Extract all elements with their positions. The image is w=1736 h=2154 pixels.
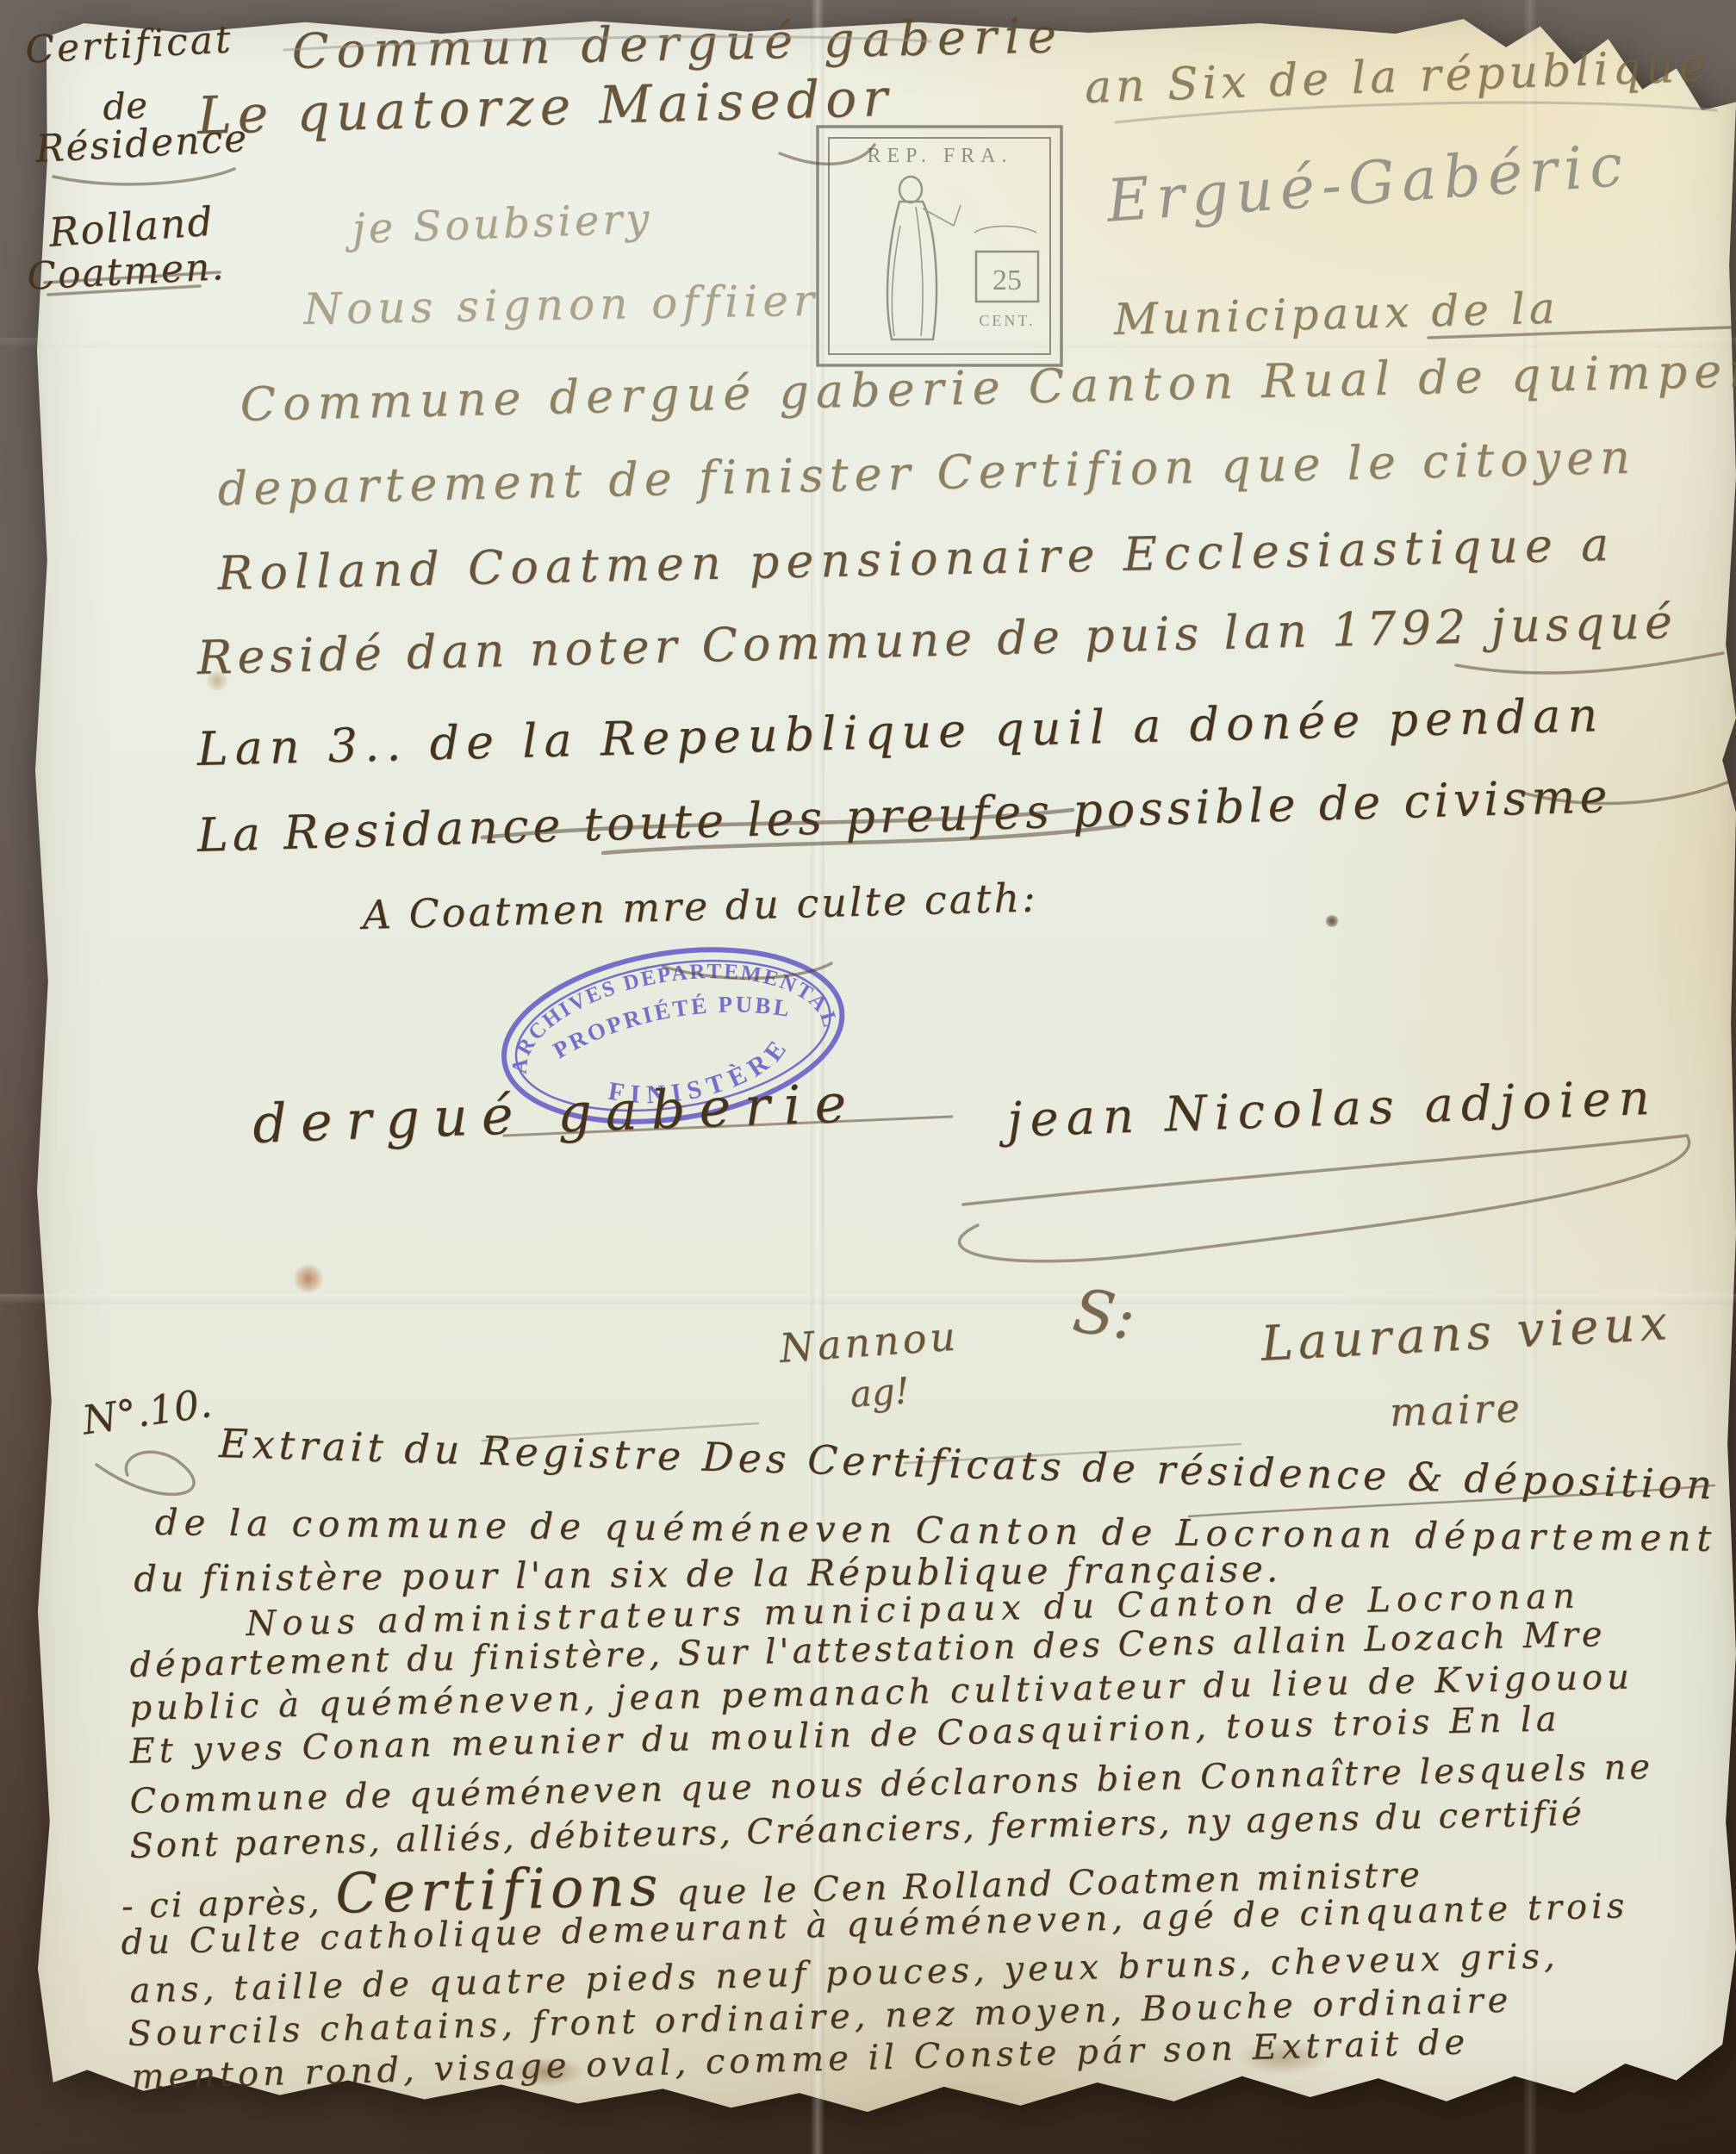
tax-stamp: REP. FRA. 25 CENT. xyxy=(814,122,1066,374)
tax-stamp-unit: CENT. xyxy=(979,312,1035,329)
flourish-mark: S: xyxy=(1069,1275,1140,1354)
official-title: maire xyxy=(1389,1385,1524,1435)
tax-stamp-title: REP. FRA. xyxy=(867,145,1012,167)
tax-stamp-value: 25 xyxy=(992,265,1022,296)
body-line1a: Nous signon offiier xyxy=(303,276,819,334)
scanned-document: Certificat de Résidence Rolland Coatmen.… xyxy=(0,0,1736,2154)
clerk-note-line2: ag! xyxy=(849,1369,911,1416)
